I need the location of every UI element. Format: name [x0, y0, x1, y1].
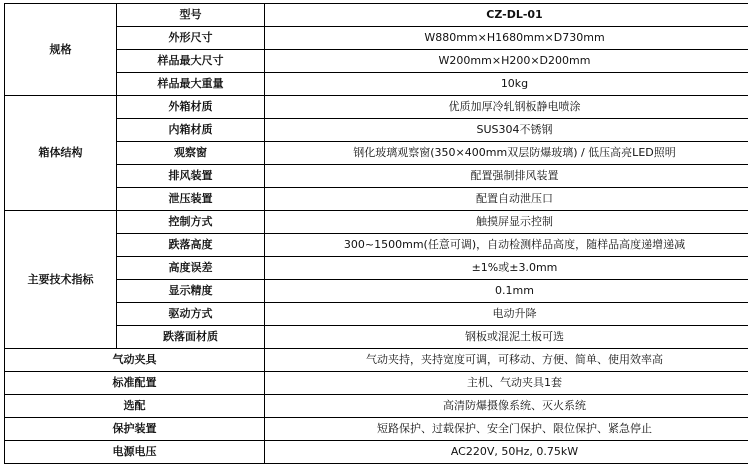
row-value: 气动夹持，夹持宽度可调，可移动、方便、简单、使用效率高 — [265, 349, 748, 372]
row-value: 电动升降 — [265, 303, 748, 326]
row-value-text: SUS304不锈钢 — [273, 123, 748, 137]
row-value: ±1%或±3.0mm — [265, 257, 748, 280]
table-row: 跌落面材质 钢板或混泥土板可选 — [5, 326, 748, 349]
row-label: 型号 — [117, 4, 265, 27]
row-value: 高清防爆摄像系统、灭火系统 — [265, 395, 748, 418]
row-value-text: 10kg — [273, 77, 748, 91]
table-row: 气动夹具 气动夹持，夹持宽度可调，可移动、方便、简单、使用效率高 — [5, 349, 748, 372]
row-value-text: 300~1500mm(任意可调)，自动检测样品高度，随样品高度递增递减 — [273, 238, 748, 252]
row-value: 10kg — [265, 73, 748, 96]
row-label-pneumatic-fixture: 气动夹具 — [5, 349, 265, 372]
row-value: 0.1mm — [265, 280, 748, 303]
row-value-text: 钢化玻璃观察窗(350×400mm双层防爆玻璃) / 低压高亮LED照明 — [273, 146, 748, 160]
table-row: 电源电压 AC220V, 50Hz, 0.75kW — [5, 441, 748, 464]
table-row: 标准配置 主机、气动夹具1套 — [5, 372, 748, 395]
row-value-text: 0.1mm — [273, 284, 748, 298]
row-label: 控制方式 — [117, 211, 265, 234]
table-row: 高度误差 ±1%或±3.0mm — [5, 257, 748, 280]
row-value: 主机、气动夹具1套 — [265, 372, 748, 395]
row-label: 排风装置 — [117, 165, 265, 188]
row-value-text: 短路保护、过载保护、安全门保护、限位保护、紧急停止 — [273, 422, 748, 436]
row-value: CZ-DL-01 — [265, 4, 748, 27]
row-value-text: AC220V, 50Hz, 0.75kW — [273, 445, 748, 459]
table-row: 保护装置 短路保护、过载保护、安全门保护、限位保护、紧急停止 — [5, 418, 748, 441]
row-value-text: 触摸屏显示控制 — [273, 215, 748, 229]
row-label: 泄压装置 — [117, 188, 265, 211]
row-label: 外形尺寸 — [117, 27, 265, 50]
spec-table: 规格 型号 CZ-DL-01 外形尺寸 W880mm×H1680mm×D730m… — [4, 3, 748, 464]
row-label: 观察窗 — [117, 142, 265, 165]
row-label: 样品最大尺寸 — [117, 50, 265, 73]
row-value-text: 主机、气动夹具1套 — [273, 376, 748, 390]
row-label-protection: 保护装置 — [5, 418, 265, 441]
row-value-text: W880mm×H1680mm×D730mm — [273, 31, 748, 45]
table-row: 驱动方式 电动升降 — [5, 303, 748, 326]
table-row: 样品最大重量 10kg — [5, 73, 748, 96]
row-value: 配置强制排风装置 — [265, 165, 748, 188]
row-value-text: 优质加厚冷轧钢板静电喷涂 — [273, 100, 748, 114]
table-row: 排风装置 配置强制排风装置 — [5, 165, 748, 188]
table-row: 规格 型号 CZ-DL-01 — [5, 4, 748, 27]
row-value-text: ±1%或±3.0mm — [273, 261, 748, 275]
row-value-text: 气动夹持，夹持宽度可调，可移动、方便、简单、使用效率高 — [273, 353, 748, 367]
row-label-optional: 选配 — [5, 395, 265, 418]
row-value: 短路保护、过载保护、安全门保护、限位保护、紧急停止 — [265, 418, 748, 441]
table-row: 显示精度 0.1mm — [5, 280, 748, 303]
table-row: 主要技术指标 控制方式 触摸屏显示控制 — [5, 211, 748, 234]
row-label: 显示精度 — [117, 280, 265, 303]
row-value: 配置自动泄压口 — [265, 188, 748, 211]
row-value: 优质加厚冷轧钢板静电喷涂 — [265, 96, 748, 119]
row-label-power-supply: 电源电压 — [5, 441, 265, 464]
row-value-text: 电动升降 — [273, 307, 748, 321]
row-value: SUS304不锈钢 — [265, 119, 748, 142]
table-row: 箱体结构 外箱材质 优质加厚冷轧钢板静电喷涂 — [5, 96, 748, 119]
table-row: 样品最大尺寸 W200mm×H200×D200mm — [5, 50, 748, 73]
table-row: 外形尺寸 W880mm×H1680mm×D730mm — [5, 27, 748, 50]
group-header-cabinet-structure: 箱体结构 — [5, 96, 117, 211]
table-row: 选配 高清防爆摄像系统、灭火系统 — [5, 395, 748, 418]
row-value: 300~1500mm(任意可调)，自动检测样品高度，随样品高度递增递减 — [265, 234, 748, 257]
row-value: 钢板或混泥土板可选 — [265, 326, 748, 349]
group-header-main-specs: 主要技术指标 — [5, 211, 117, 349]
row-value: AC220V, 50Hz, 0.75kW — [265, 441, 748, 464]
table-row: 内箱材质 SUS304不锈钢 — [5, 119, 748, 142]
row-label: 内箱材质 — [117, 119, 265, 142]
row-value: W880mm×H1680mm×D730mm — [265, 27, 748, 50]
row-label: 样品最大重量 — [117, 73, 265, 96]
row-label: 跌落面材质 — [117, 326, 265, 349]
row-label: 跌落高度 — [117, 234, 265, 257]
row-value: 钢化玻璃观察窗(350×400mm双层防爆玻璃) / 低压高亮LED照明 — [265, 142, 748, 165]
table-row: 观察窗 钢化玻璃观察窗(350×400mm双层防爆玻璃) / 低压高亮LED照明 — [5, 142, 748, 165]
row-value-text: CZ-DL-01 — [273, 8, 748, 22]
row-value-text: 钢板或混泥土板可选 — [273, 330, 748, 344]
row-value-text: 配置自动泄压口 — [273, 192, 748, 206]
row-label: 驱动方式 — [117, 303, 265, 326]
row-value: 触摸屏显示控制 — [265, 211, 748, 234]
row-label: 高度误差 — [117, 257, 265, 280]
table-row: 泄压装置 配置自动泄压口 — [5, 188, 748, 211]
row-value: W200mm×H200×D200mm — [265, 50, 748, 73]
row-value-text: 高清防爆摄像系统、灭火系统 — [273, 399, 748, 413]
row-label: 外箱材质 — [117, 96, 265, 119]
row-label-standard-config: 标准配置 — [5, 372, 265, 395]
table-row: 跌落高度 300~1500mm(任意可调)，自动检测样品高度，随样品高度递增递减 — [5, 234, 748, 257]
row-value-text: 配置强制排风装置 — [273, 169, 748, 183]
group-header-spec: 规格 — [5, 4, 117, 96]
row-value-text: W200mm×H200×D200mm — [273, 54, 748, 68]
